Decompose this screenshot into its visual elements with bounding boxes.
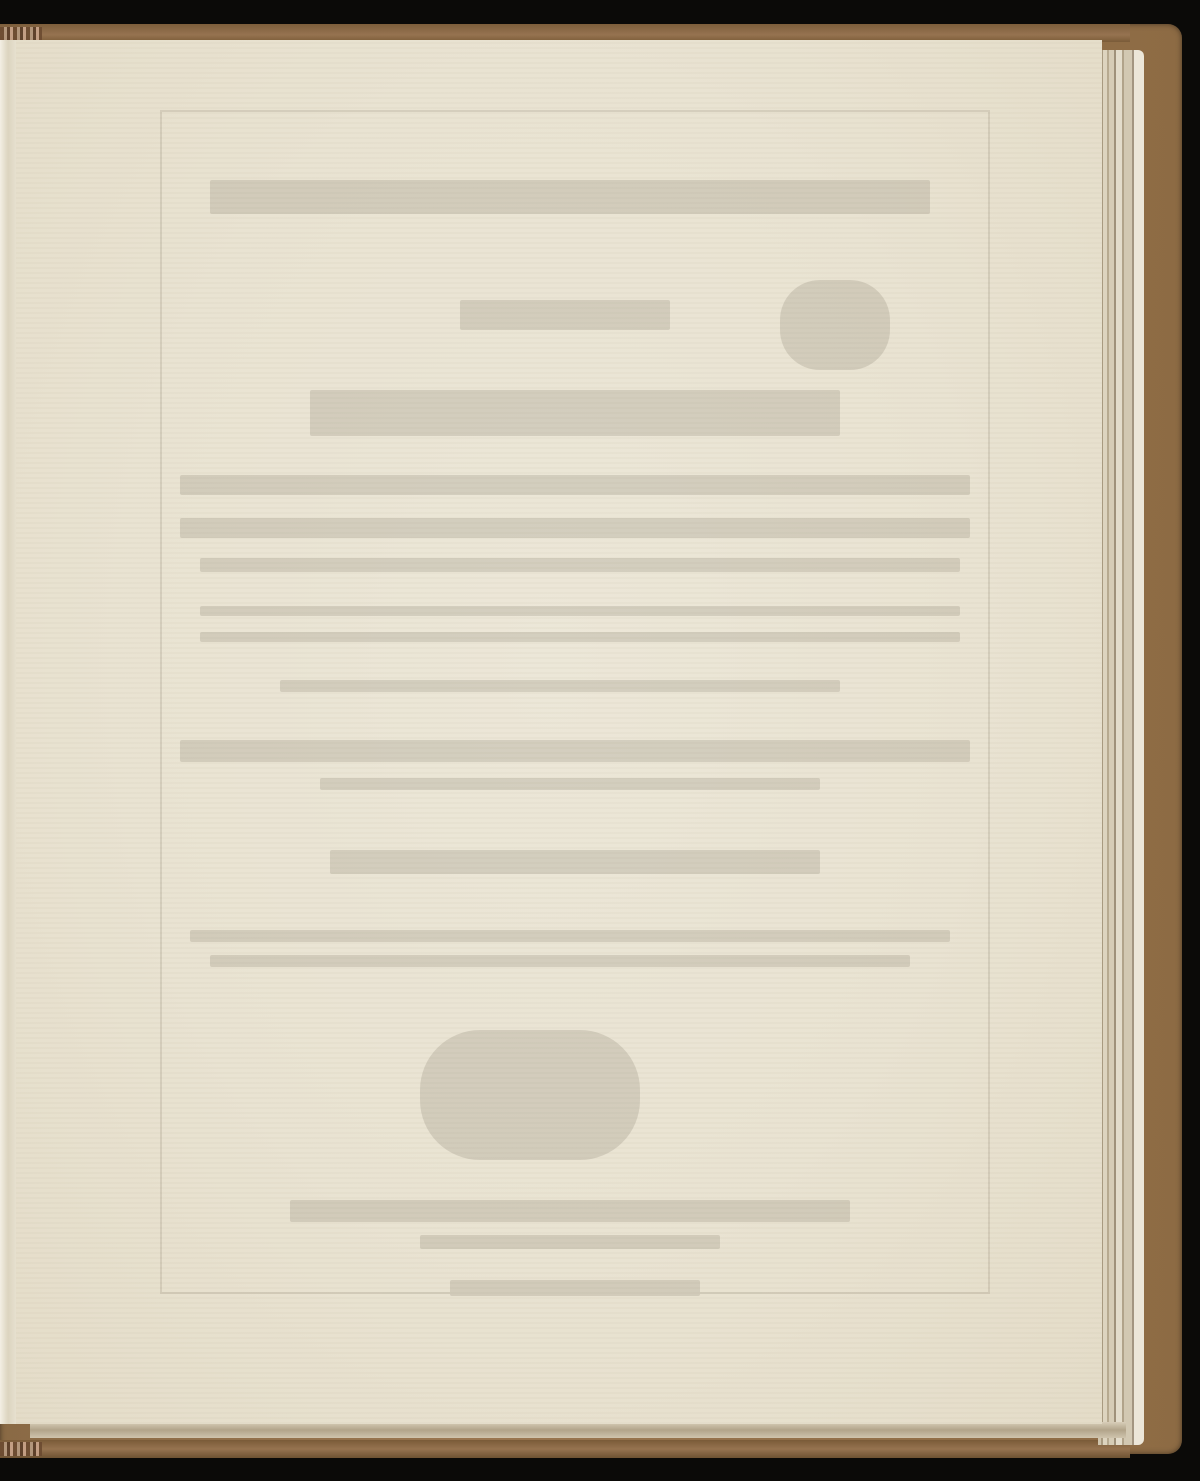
headband-top bbox=[0, 27, 42, 41]
page-bottom-edge bbox=[30, 1422, 1126, 1438]
gutter bbox=[0, 40, 16, 1424]
headband-bottom bbox=[0, 1442, 42, 1456]
book-scan bbox=[0, 0, 1200, 1481]
page-fore-edge bbox=[1098, 50, 1144, 1445]
blank-page bbox=[0, 40, 1102, 1424]
cover-bottom-edge bbox=[0, 1440, 1130, 1458]
